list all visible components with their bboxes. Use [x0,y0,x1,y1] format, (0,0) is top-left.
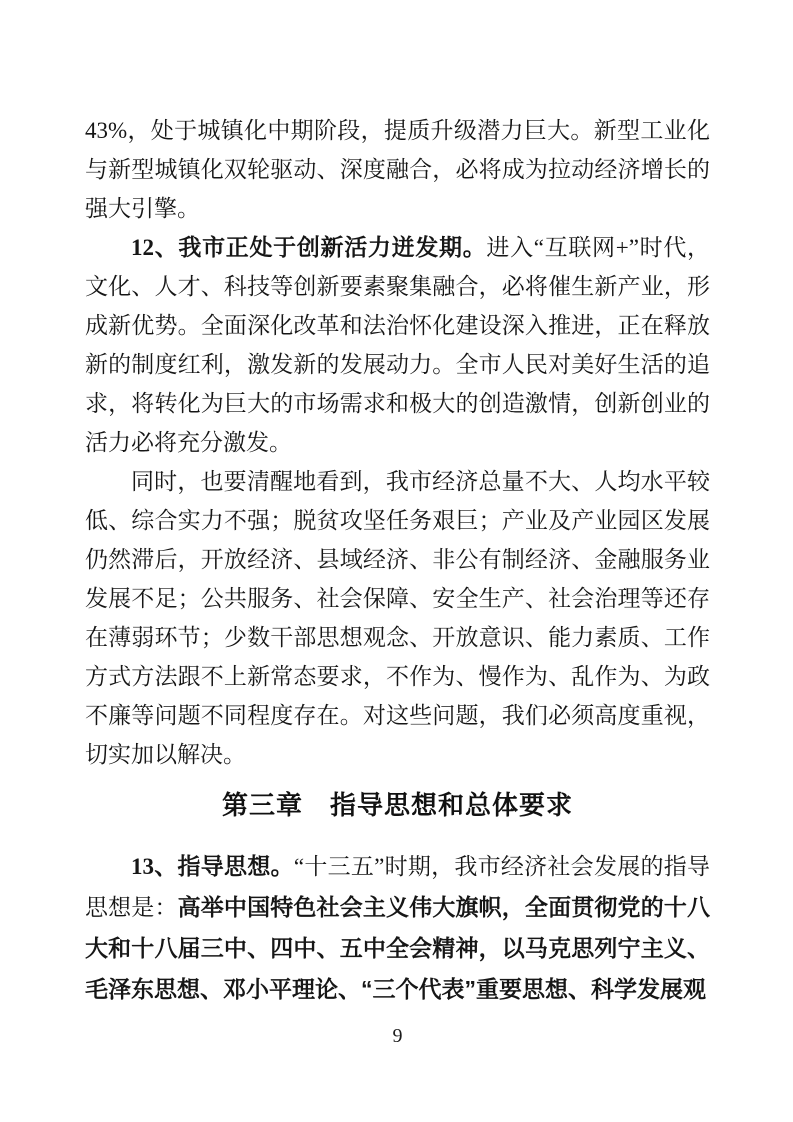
paragraph-13-guiding-ideology: 13、指导思想。“十三五”时期，我市经济社会发展的指导思想是：高举中国特色社会主… [85,847,710,1010]
paragraph-text: 43%，处于城镇化中期阶段，提质升级潜力巨大。新型工业化与新型城镇化双轮驱动、深… [85,118,710,221]
paragraph-12-lead-in: 12、我市正处于创新活力迸发期。 [131,235,486,260]
page-number: 9 [85,1024,710,1048]
paragraph-urbanization-continuation: 43%，处于城镇化中期阶段，提质升级潜力巨大。新型工业化与新型城镇化双轮驱动、深… [85,111,710,228]
paragraph-12-innovation: 12、我市正处于创新活力迸发期。进入“互联网+”时代，文化、人才、科技等创新要素… [85,228,710,462]
chapter-heading: 第三章 指导思想和总体要求 [85,789,710,821]
document-page: 43%，处于城镇化中期阶段，提质升级潜力巨大。新型工业化与新型城镇化双轮驱动、深… [0,0,793,1122]
paragraph-13-lead-in: 13、指导思想。 [131,854,294,879]
paragraph-challenges: 同时，也要清醒地看到，我市经济总量不大、人均水平较低、综合实力不强；脱贫攻坚任务… [85,462,710,774]
paragraph-text: 同时，也要清醒地看到，我市经济总量不大、人均水平较低、综合实力不强；脱贫攻坚任务… [85,469,710,767]
paragraph-13-emphasis-text: 高举中国特色社会主义伟大旗帜，全面贯彻党的十八大和十八届三中、四中、五中全会精神… [85,894,710,1002]
paragraph-text: 进入“互联网+”时代，文化、人才、科技等创新要素聚集融合，必将催生新产业，形成新… [85,235,710,455]
